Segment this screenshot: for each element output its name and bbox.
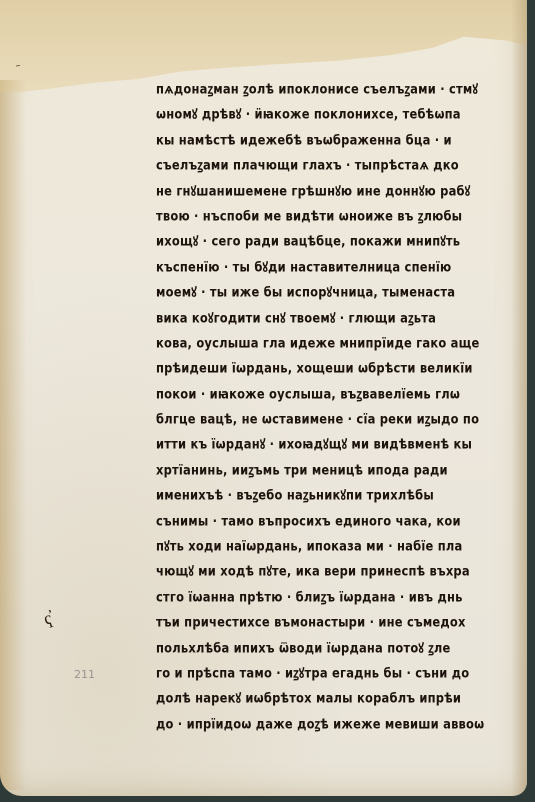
text-block: пѧдонаꙁман ꙁолѣ ипоклонисе съелъꙁами · с… bbox=[156, 76, 496, 736]
left-edge-stain bbox=[0, 80, 26, 790]
pencil-folio-number: 211 bbox=[74, 668, 95, 681]
manuscript-page: ҃҃ ҁ҆ 211 пѧдонаꙁман ꙁолѣ ипоклонисе съе… bbox=[0, 0, 527, 796]
text-line: до · ипрїидоѡ даже доꙁѣ ижеже мевиши авв… bbox=[156, 709, 496, 738]
margin-quire-sign: ҁ҆ bbox=[41, 607, 55, 629]
text-line: съелъꙁами плачющи глахъ · тыпрѣстаѧ дко bbox=[156, 150, 496, 179]
text-line: моемꙋ · ты иже бы испорꙋчница, тыменаста bbox=[156, 277, 496, 306]
right-edge-shadow bbox=[511, 0, 527, 796]
